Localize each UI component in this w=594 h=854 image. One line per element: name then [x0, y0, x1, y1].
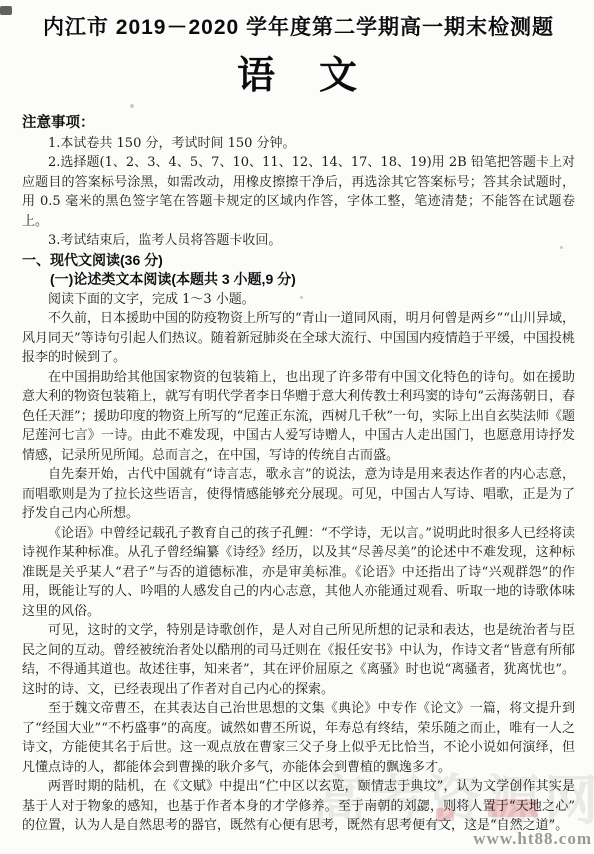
scan-smudge-mark — [0, 6, 12, 15]
article-paragraph: 至于魏文帝曹丕，在其表达自己治世思想的文集《典论》中专作《论文》一篇，将文提升到… — [22, 699, 575, 777]
exam-paper-page: 内江市 2019－2020 学年度第二学期高一期末检测题 语 文 注意事项： 1… — [0, 0, 594, 854]
article-paragraph: 《论语》中曾经记载孔子教育自己的孩子孔鲤：“不学诗，无以言。”说明此时很多人已经… — [22, 524, 575, 622]
note-item: 1.本试卷共 150 分，考试时间 150 分钟。 — [22, 134, 575, 154]
section-heading: 一、现代文阅读(36 分) — [22, 251, 575, 271]
note-item: 3.考试结束后，监考人员将答题卡收回。 — [22, 231, 575, 251]
notes-section: 注意事项： 1.本试卷共 150 分，考试时间 150 分钟。 2.选择题(1、… — [22, 114, 575, 251]
article-paragraph: 可见，这时的文学，特别是诗歌创作，是人对自己所见所想的记录和表达，也是统治者与臣… — [22, 621, 575, 699]
document-content: 内江市 2019－2020 学年度第二学期高一期末检测题 语 文 注意事项： 1… — [22, 14, 575, 836]
subsection-heading: (一)论述类文本阅读(本题共 3 小题,9 分) — [22, 270, 575, 290]
reading-section: 一、现代文阅读(36 分) (一)论述类文本阅读(本题共 3 小题,9 分) 阅… — [22, 251, 575, 836]
reading-instruction: 阅读下面的文字，完成 1～3 小题。 — [22, 290, 575, 310]
exam-title: 内江市 2019－2020 学年度第二学期高一期末检测题 — [22, 14, 575, 41]
notes-heading: 注意事项： — [22, 114, 575, 134]
article-paragraph: 在中国捐助给其他国家物资的包装箱上，也出现了许多带有中国文化特色的诗句。如在援助… — [22, 368, 575, 466]
note-item: 2.选择题(1、2、3、4、5、7、10、11、12、14、17、18、19)用… — [22, 153, 575, 231]
article-paragraph: 两晋时期的陆机，在《文赋》中提出“伫中区以玄览，颐情志于典坟”，认为文学创作其实… — [22, 777, 575, 836]
article-paragraph: 自先秦开始，古代中国就有“诗言志，歌永言”的说法，意为诗是用来表达作者的内心志意… — [22, 465, 575, 524]
subject-title: 语 文 — [22, 53, 575, 99]
article-paragraph: 不久前，日本援助中国的防疫物资上所写的“青山一道同风雨，明月何曾是两乡”“山川异… — [22, 309, 575, 368]
